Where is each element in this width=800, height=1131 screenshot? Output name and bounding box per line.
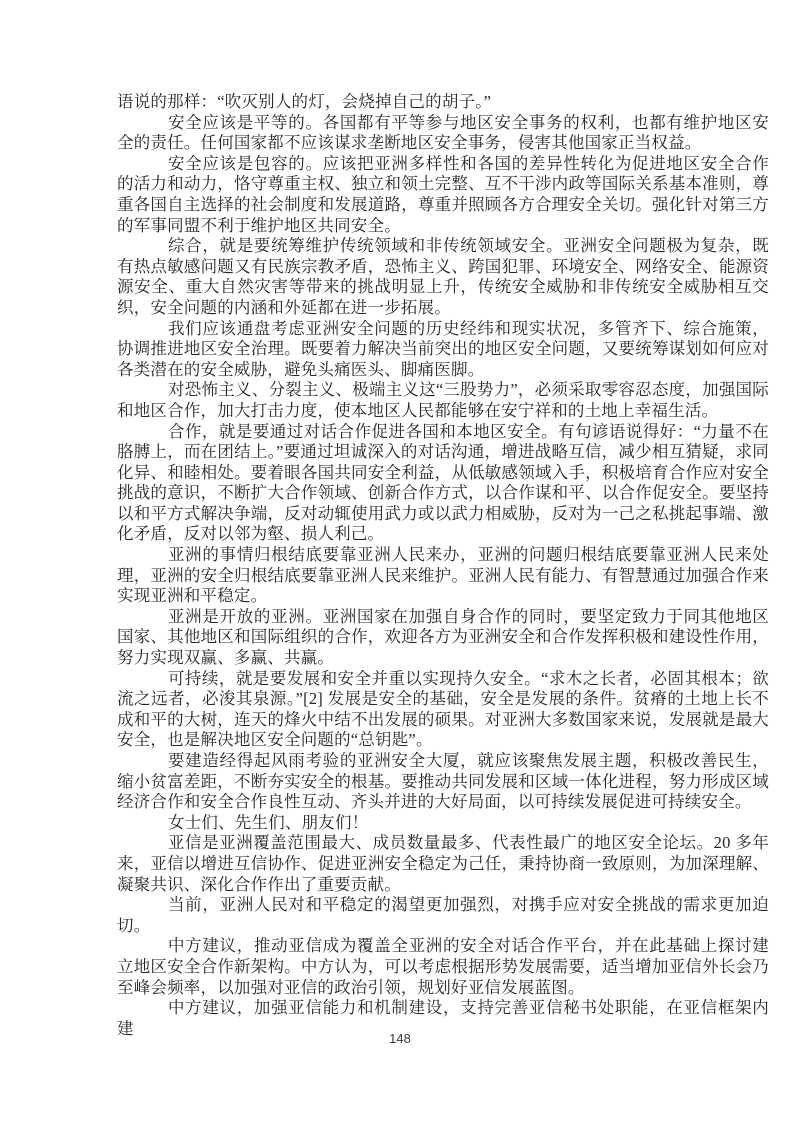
paragraph: 语说的那样：“吹灭别人的灯，会烧掉自己的胡子。” bbox=[117, 92, 769, 113]
paragraph: 可持续，就是要发展和安全并重以实现持久安全。“求木之长者，必固其根本；欲流之远者… bbox=[117, 669, 769, 751]
paragraph: 安全应该是平等的。各国都有平等参与地区安全事务的权利，也都有维护地区安全的责任。… bbox=[117, 113, 769, 154]
paragraph: 要建造经得起风雨考验的亚洲安全大厦，就应该聚焦发展主题，积极改善民生，缩小贫富差… bbox=[117, 751, 769, 813]
page-number: 148 bbox=[0, 1031, 800, 1046]
paragraph: 亚信是亚洲覆盖范围最大、成员数量最多、代表性最广的地区安全论坛。20 多年来，亚… bbox=[117, 833, 769, 895]
paragraph: 合作，就是要通过对话合作促进各国和本地区安全。有句谚语说得好：“力量不在胳膊上，… bbox=[117, 422, 769, 546]
paragraph: 当前，亚洲人民对和平稳定的渴望更加强烈，对携手应对安全挑战的需求更加迫切。 bbox=[117, 895, 769, 936]
document-page: 语说的那样：“吹灭别人的灯，会烧掉自己的胡子。”安全应该是平等的。各国都有平等参… bbox=[0, 0, 800, 1131]
paragraph: 中方建议，推动亚信成为覆盖全亚洲的安全对话合作平台，并在此基础上探讨建立地区安全… bbox=[117, 936, 769, 998]
paragraph: 对恐怖主义、分裂主义、极端主义这“三股势力”，必须采取零容忍态度，加强国际和地区… bbox=[117, 380, 769, 421]
document-body: 语说的那样：“吹灭别人的灯，会烧掉自己的胡子。”安全应该是平等的。各国都有平等参… bbox=[117, 92, 769, 1039]
paragraph: 安全应该是包容的。应该把亚洲多样性和各国的差异性转化为促进地区安全合作的活力和动… bbox=[117, 154, 769, 236]
paragraph: 女士们、先生们、朋友们！ bbox=[117, 813, 769, 834]
paragraph: 亚洲是开放的亚洲。亚洲国家在加强自身合作的同时，要坚定致力于同其他地区国家、其他… bbox=[117, 607, 769, 669]
paragraph: 我们应该通盘考虑亚洲安全问题的历史经纬和现实状况，多管齐下、综合施策，协调推进地… bbox=[117, 319, 769, 381]
paragraph: 综合，就是要统筹维护传统领域和非传统领域安全。亚洲安全问题极为复杂，既有热点敏感… bbox=[117, 236, 769, 318]
paragraph: 亚洲的事情归根结底要靠亚洲人民来办，亚洲的问题归根结底要靠亚洲人民来处理，亚洲的… bbox=[117, 545, 769, 607]
